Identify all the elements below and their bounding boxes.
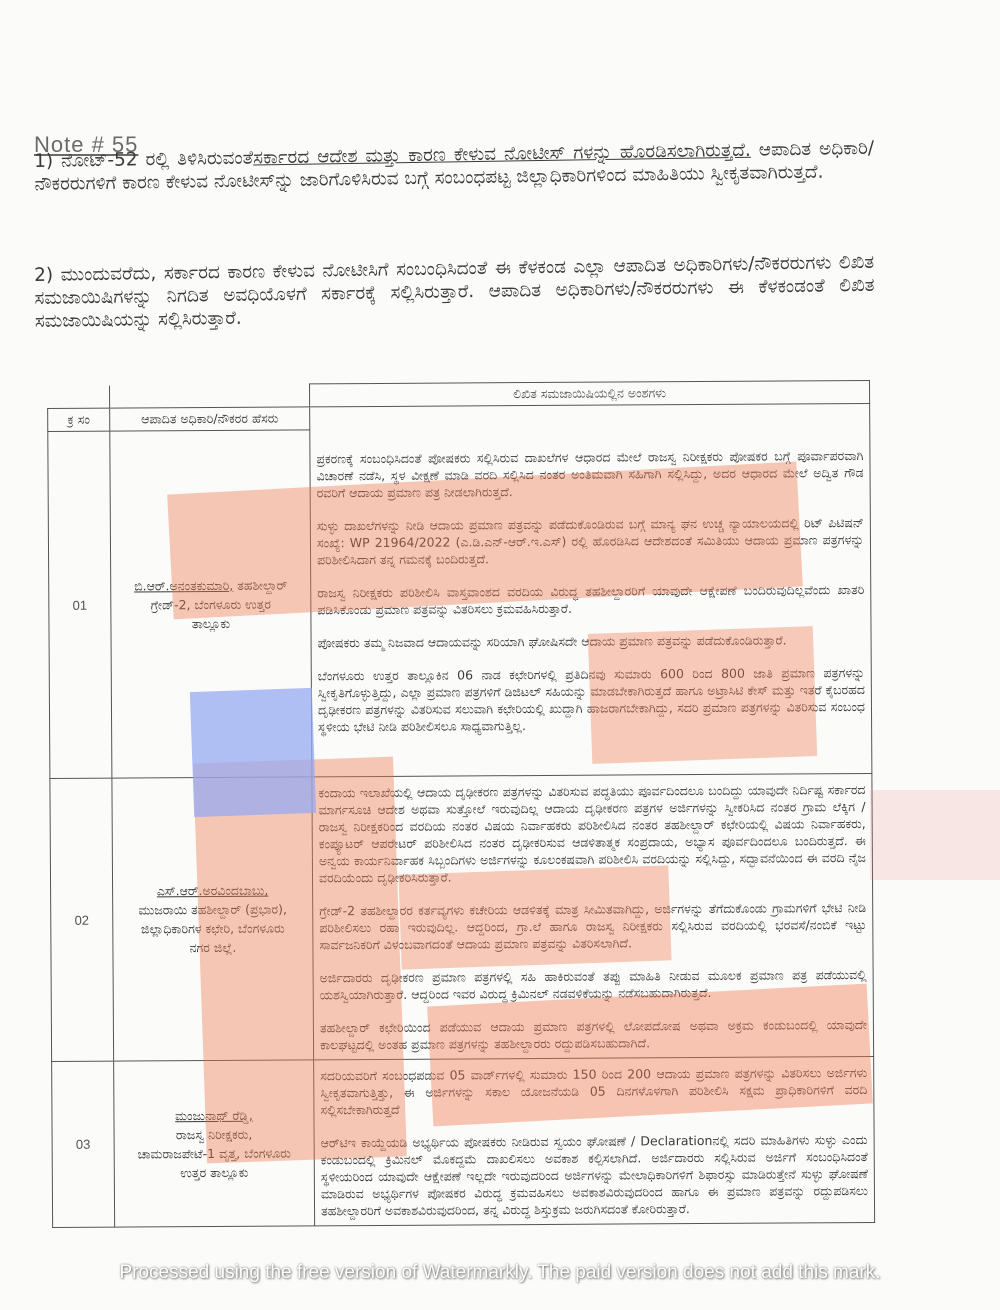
row-2-point: ಅರ್ಜಿದಾರರು ದೃಢೀಕರಣ ಪ್ರಮಾಣ ಪತ್ರಗಳಲ್ಲಿ ಸಹಿ…	[320, 966, 867, 1003]
row-2-points: ಕಂದಾಯ ಇಲಾಖೆಯಲ್ಲಿ ಆದಾಯ ದೃಢೀಕರಣ ಪತ್ರಗಳನ್ನು…	[312, 773, 874, 1059]
header-name: ಆಪಾದಿತ ಅಧಿಕಾರಿ/ನೌಕರರ ಹೆಸರು	[110, 407, 310, 431]
row-1-point: ಸುಳ್ಳು ದಾಖಲೆಗಳನ್ನು ನೀಡಿ ಆದಾಯ ಪ್ರಮಾಣ ಪತ್ರ…	[317, 514, 864, 568]
row-2-officer-name: ಎಸ್.ಆರ್.ಅರವಿಂದಬಾಬು, ಮುಜರಾಯಿ ತಹಶೀಲ್ದಾರ್ (…	[112, 777, 314, 1061]
watermark-shape	[870, 790, 1000, 880]
explanations-table: ಲಿಖಿತ ಸಮಜಾಯಿಷಿಯಲ್ಲಿನ ಅಂಶಗಳು ಕ್ರ ಸಂ ಆಪಾದಿ…	[47, 380, 875, 1228]
row-3-points: ಸದರಿಯವರಿಗೆ ಸಂಬಂಧಪಡುವ 05 ವಾರ್ಡ್‌ಗಳಲ್ಲಿ ಸು…	[314, 1056, 875, 1225]
paragraph-2: 2) ಮುಂದುವರೆದು, ಸರ್ಕಾರದ ಕಾರಣ ಕೇಳುವ ನೋಟೀಸಿ…	[34, 251, 875, 333]
row-1-point: ಬೆಂಗಳೂರು ಉತ್ತರ ತಾಲ್ಲೂಕಿನ 06 ನಾಡ ಕಛೇರಿಗಳಲ…	[318, 664, 865, 735]
row-1-point: ಪೋಷಕರು ತಮ್ಮ ನಿಜವಾದ ಆದಾಯವನ್ನು ಸರಿಯಾಗಿ ಘೋಷ…	[318, 631, 865, 651]
row-1-point: ರಾಜಸ್ವ ನಿರೀಕ್ಷಕರು ಪರಿಶೀಲಿಸಿ ವಾಸ್ತವಾಂಶದ ವ…	[317, 581, 864, 618]
scanned-document-page: Note # 55 1) ನೋಟ್-52 ರಲ್ಲಿ ತಿಳಿಸಿರುವಂತೆಸ…	[0, 0, 1000, 1310]
row-3-point: ಸದರಿಯವರಿಗೆ ಸಂಬಂಧಪಡುವ 05 ವಾರ್ಡ್‌ಗಳಲ್ಲಿ ಸು…	[320, 1064, 867, 1118]
table-row: 02 ಎಸ್.ಆರ್.ಅರವಿಂದಬಾಬು, ಮುಜರಾಯಿ ತಹಶೀಲ್ದಾರ…	[50, 773, 874, 1061]
row-3-name-main: ಮಂಜುನಾಥ್ ರೆಡ್ಡಿ,	[120, 1105, 307, 1125]
row-2-point: ಕಂದಾಯ ಇಲಾಖೆಯಲ್ಲಿ ಆದಾಯ ದೃಢೀಕರಣ ಪತ್ರಗಳನ್ನು…	[318, 781, 866, 886]
row-1-points: ಪ್ರಕರಣಕ್ಕೆ ಸಂಬಂಧಿಸಿದಂತೆ ಪೋಷಕರು ಸಲ್ಲಿಸಿರು…	[310, 403, 872, 776]
header-sl-no: ಕ್ರ ಸಂ	[48, 408, 110, 431]
row-1-point: ಪ್ರಕರಣಕ್ಕೆ ಸಂಬಂಧಿಸಿದಂತೆ ಪೋಷಕರು ಸಲ್ಲಿಸಿರು…	[316, 447, 863, 501]
row-2-point: ತಹಶೀಲ್ದಾರ್ ಕಛೇರಿಯಿಂದ ಪಡೆಯುವ ಆದಾಯ ಪ್ರಮಾಣ …	[320, 1016, 867, 1053]
row-3-point: ಆರ್‌ಟಿಇ ಕಾಯ್ದೆಯಡಿ ಅಭ್ಯರ್ಥಿಯ ಪೋಷಕರು ನೀಡಿರ…	[321, 1131, 869, 1219]
header-points: ಲಿಖಿತ ಸಮಜಾಯಿಷಿಯಲ್ಲಿನ ಅಂಶಗಳು	[309, 380, 869, 406]
row-1-name-main: ಬಿ.ಆರ್.ಅನಂತಕುಮಾರಿ,	[134, 577, 233, 593]
row-3-sl-no: 03	[52, 1061, 115, 1227]
row-1-officer-name: ಬಿ.ಆರ್.ಅನಂತಕುಮಾರಿ, ತಹಶೀಲ್ದಾರ್ ಗ್ರೇಡ್-2, …	[110, 430, 312, 778]
paragraph-1-prefix: 1) ನೋಟ್-52 ರಲ್ಲಿ ತಿಳಿಸಿರುವಂತೆ	[34, 148, 253, 172]
paragraph-1: 1) ನೋಟ್-52 ರಲ್ಲಿ ತಿಳಿಸಿರುವಂತೆಸರ್ಕಾರದ ಆದೇ…	[34, 137, 875, 196]
row-3-officer-name: ಮಂಜುನಾಥ್ ರೆಡ್ಡಿ, ರಾಜಸ್ವ ನಿರೀಕ್ಷಕರು, ಚಾಮರ…	[114, 1060, 315, 1227]
row-2-name-main: ಎಸ್.ಆರ್.ಅರವಿಂದಬಾಬು,	[119, 880, 306, 900]
row-2-point: ಗ್ರೇಡ್-2 ತಹಶೀಲ್ದಾರರ ಕರ್ತವ್ಯಗಳು ಕಚೇರಿಯ ಆಡ…	[319, 899, 866, 953]
row-1-sl-no: 01	[48, 431, 112, 778]
row-2-sl-no: 02	[50, 778, 114, 1061]
table-row: 03 ಮಂಜುನಾಥ್ ರೆಡ್ಡಿ, ರಾಜಸ್ವ ನಿರೀಕ್ಷಕರು, ಚ…	[52, 1056, 875, 1227]
table-row: ಕ್ರ ಸಂ ಆಪಾದಿತ ಅಧಿಕಾರಿ/ನೌಕರರ ಹೆಸರು ಪ್ರಕರಣ…	[48, 403, 870, 431]
watermark-text: Processed using the free version of Wate…	[0, 1262, 1000, 1284]
